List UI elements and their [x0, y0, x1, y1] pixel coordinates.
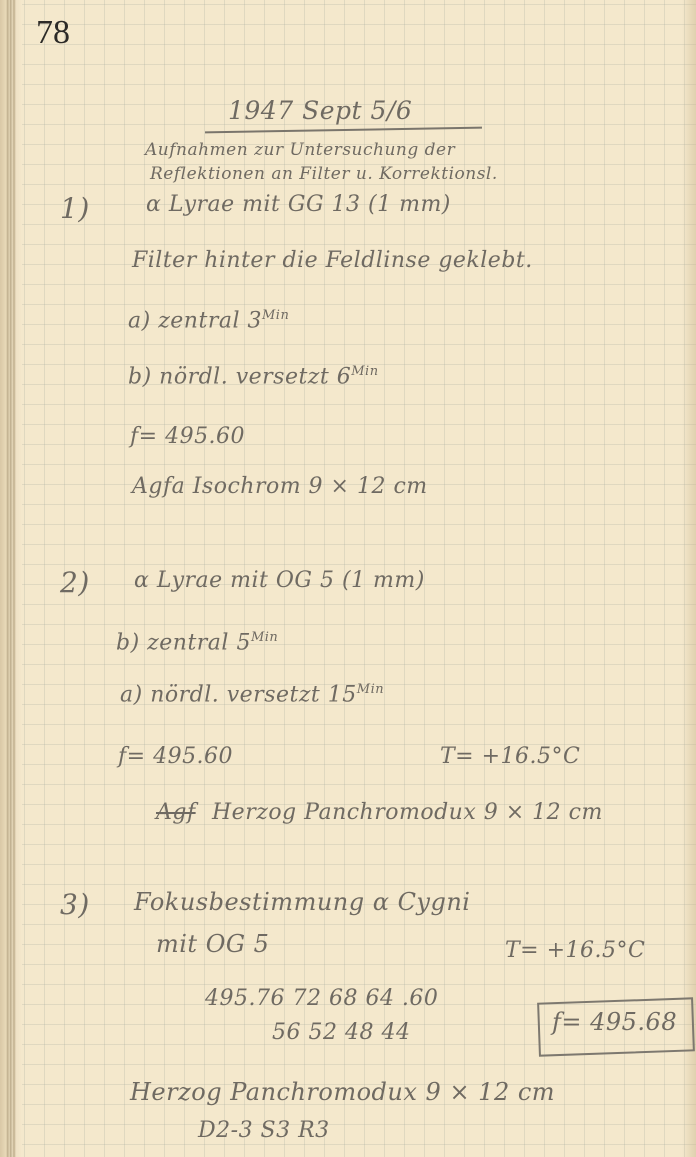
entry-3-readings-row-1: 495.76 72 68 64 .60: [205, 986, 438, 1011]
entry-1-exposure-b: b) nördl. versetzt 6Min: [128, 364, 379, 389]
entry-1-object: α Lyrae mit GG 13 (1 mm): [146, 192, 451, 217]
entry-2-object: α Lyrae mit OG 5 (1 mm): [134, 568, 425, 593]
entry-1-plate: Agfa Isochrom 9 × 12 cm: [132, 474, 428, 499]
entry-3-title: Fokusbestimmung α Cygni: [134, 888, 470, 916]
entry-3-codes: D2-3 S3 R3: [198, 1118, 330, 1143]
entry-3-filter: mit OG 5: [156, 930, 269, 958]
intro-line-2: Reflektionen an Filter u. Korrektionsl.: [150, 164, 498, 184]
title-underline: [205, 127, 482, 134]
entry-3-number: 3): [60, 888, 90, 921]
page-title: 1947 Sept 5/6: [228, 96, 412, 125]
page-binding: [0, 0, 22, 1157]
entry-1-filter-note: Filter hinter die Feldlinse geklebt.: [132, 248, 533, 273]
notebook-page: 78 1947 Sept 5/6 Aufnahmen zur Untersuch…: [0, 0, 696, 1157]
entry-2-plate: Herzog Panchromodux 9 × 12 cm: [212, 800, 603, 825]
entry-3-focus-result: f= 495.68: [552, 1008, 677, 1036]
entry-3-readings-row-2: 56 52 48 44: [272, 1020, 410, 1045]
entry-1-focus: f= 495.60: [130, 424, 245, 449]
entry-2-focus: f= 495.60: [118, 744, 233, 769]
entry-2-exposure-b: b) zentral 5Min: [116, 630, 278, 655]
entry-2-temperature: T= +16.5°C: [440, 744, 580, 769]
entry-2-struck-word: Agf: [156, 800, 196, 825]
entry-2-number: 2): [60, 566, 90, 599]
intro-line-1: Aufnahmen zur Untersuchung der: [145, 140, 455, 160]
entry-1-number: 1): [60, 192, 90, 225]
page-edge: [682, 0, 696, 1157]
entry-2-exposure-a: a) nördl. versetzt 15Min: [120, 682, 384, 707]
page-number: 78: [36, 14, 70, 52]
entry-3-temperature: T= +16.5°C: [505, 938, 645, 963]
entry-1-exposure-a: a) zentral 3Min: [128, 308, 289, 333]
entry-3-plate: Herzog Panchromodux 9 × 12 cm: [130, 1078, 555, 1106]
